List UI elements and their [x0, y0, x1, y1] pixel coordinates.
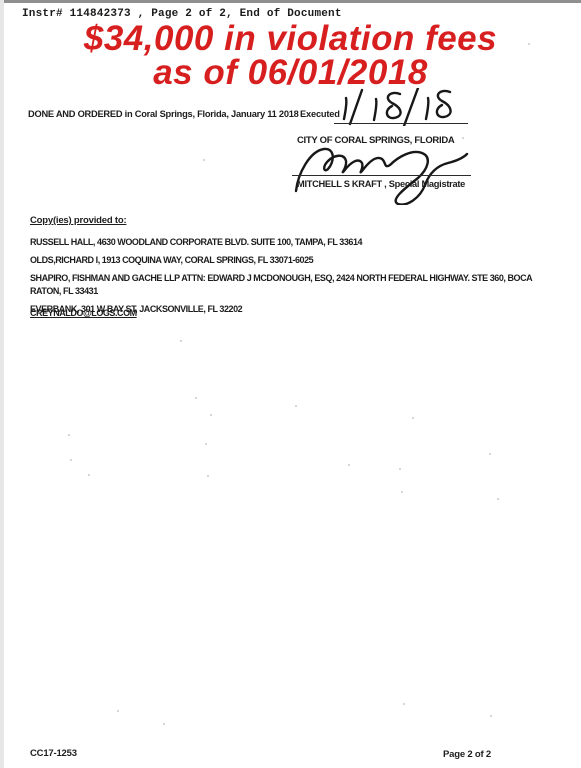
recipient-email: CREYNALDO@LOGS.COM [30, 308, 137, 318]
scan-speck [497, 498, 499, 500]
recipient-line: SHAPIRO, FISHMAN AND GACHE LLP ATTN: EDW… [30, 272, 548, 297]
scan-top-edge [0, 0, 581, 3]
magistrate-signature [286, 143, 478, 205]
scan-left-edge [0, 0, 4, 768]
scan-speck [203, 159, 205, 161]
scan-speck [348, 464, 350, 466]
scan-speck [117, 710, 119, 712]
scan-speck [163, 723, 165, 725]
scan-speck [528, 43, 530, 45]
scan-speck [205, 443, 207, 445]
scan-speck [207, 475, 209, 477]
red-annotation: $34,000 in violation fees as of 06/01/20… [0, 22, 581, 90]
annotation-line1: $34,000 in violation fees [0, 22, 581, 56]
scan-speck [295, 405, 297, 407]
scan-speck [180, 340, 182, 342]
magistrate-signature-line [292, 175, 471, 176]
recipient-line: OLDS,RICHARD I, 1913 COQUINA WAY, CORAL … [30, 254, 548, 267]
scan-speck [489, 453, 491, 455]
recipient-list: RUSSELL HALL, 4630 WOODLAND CORPORATE BL… [30, 236, 548, 315]
annotation-line2: as of 06/01/2018 [0, 56, 581, 90]
scan-speck [490, 715, 492, 717]
scan-speck [401, 491, 403, 493]
scanned-document-page: Instr# 114842373 , Page 2 of 2, End of D… [0, 0, 581, 768]
scan-speck [403, 703, 405, 705]
scan-speck [70, 459, 72, 461]
executed-signature-line [334, 123, 468, 124]
scan-speck [195, 397, 197, 399]
copies-provided-heading: Copy(ies) provided to: [30, 215, 126, 226]
scan-speck [210, 414, 212, 416]
recipient-line: RUSSELL HALL, 4630 WOODLAND CORPORATE BL… [30, 236, 548, 249]
handwritten-executed-date [332, 88, 470, 126]
scan-speck [68, 434, 70, 436]
done-and-ordered-line: DONE AND ORDERED in Coral Springs, Flori… [28, 109, 299, 119]
case-number: CC17-1253 [30, 748, 77, 759]
scan-speck [88, 474, 90, 476]
scan-speck [462, 137, 464, 139]
magistrate-name-line: MITCHELL S KRAFT , Special Magistrate [297, 179, 465, 189]
page-number: Page 2 of 2 [443, 749, 491, 760]
scan-speck [412, 417, 414, 419]
scan-speck [399, 468, 401, 470]
